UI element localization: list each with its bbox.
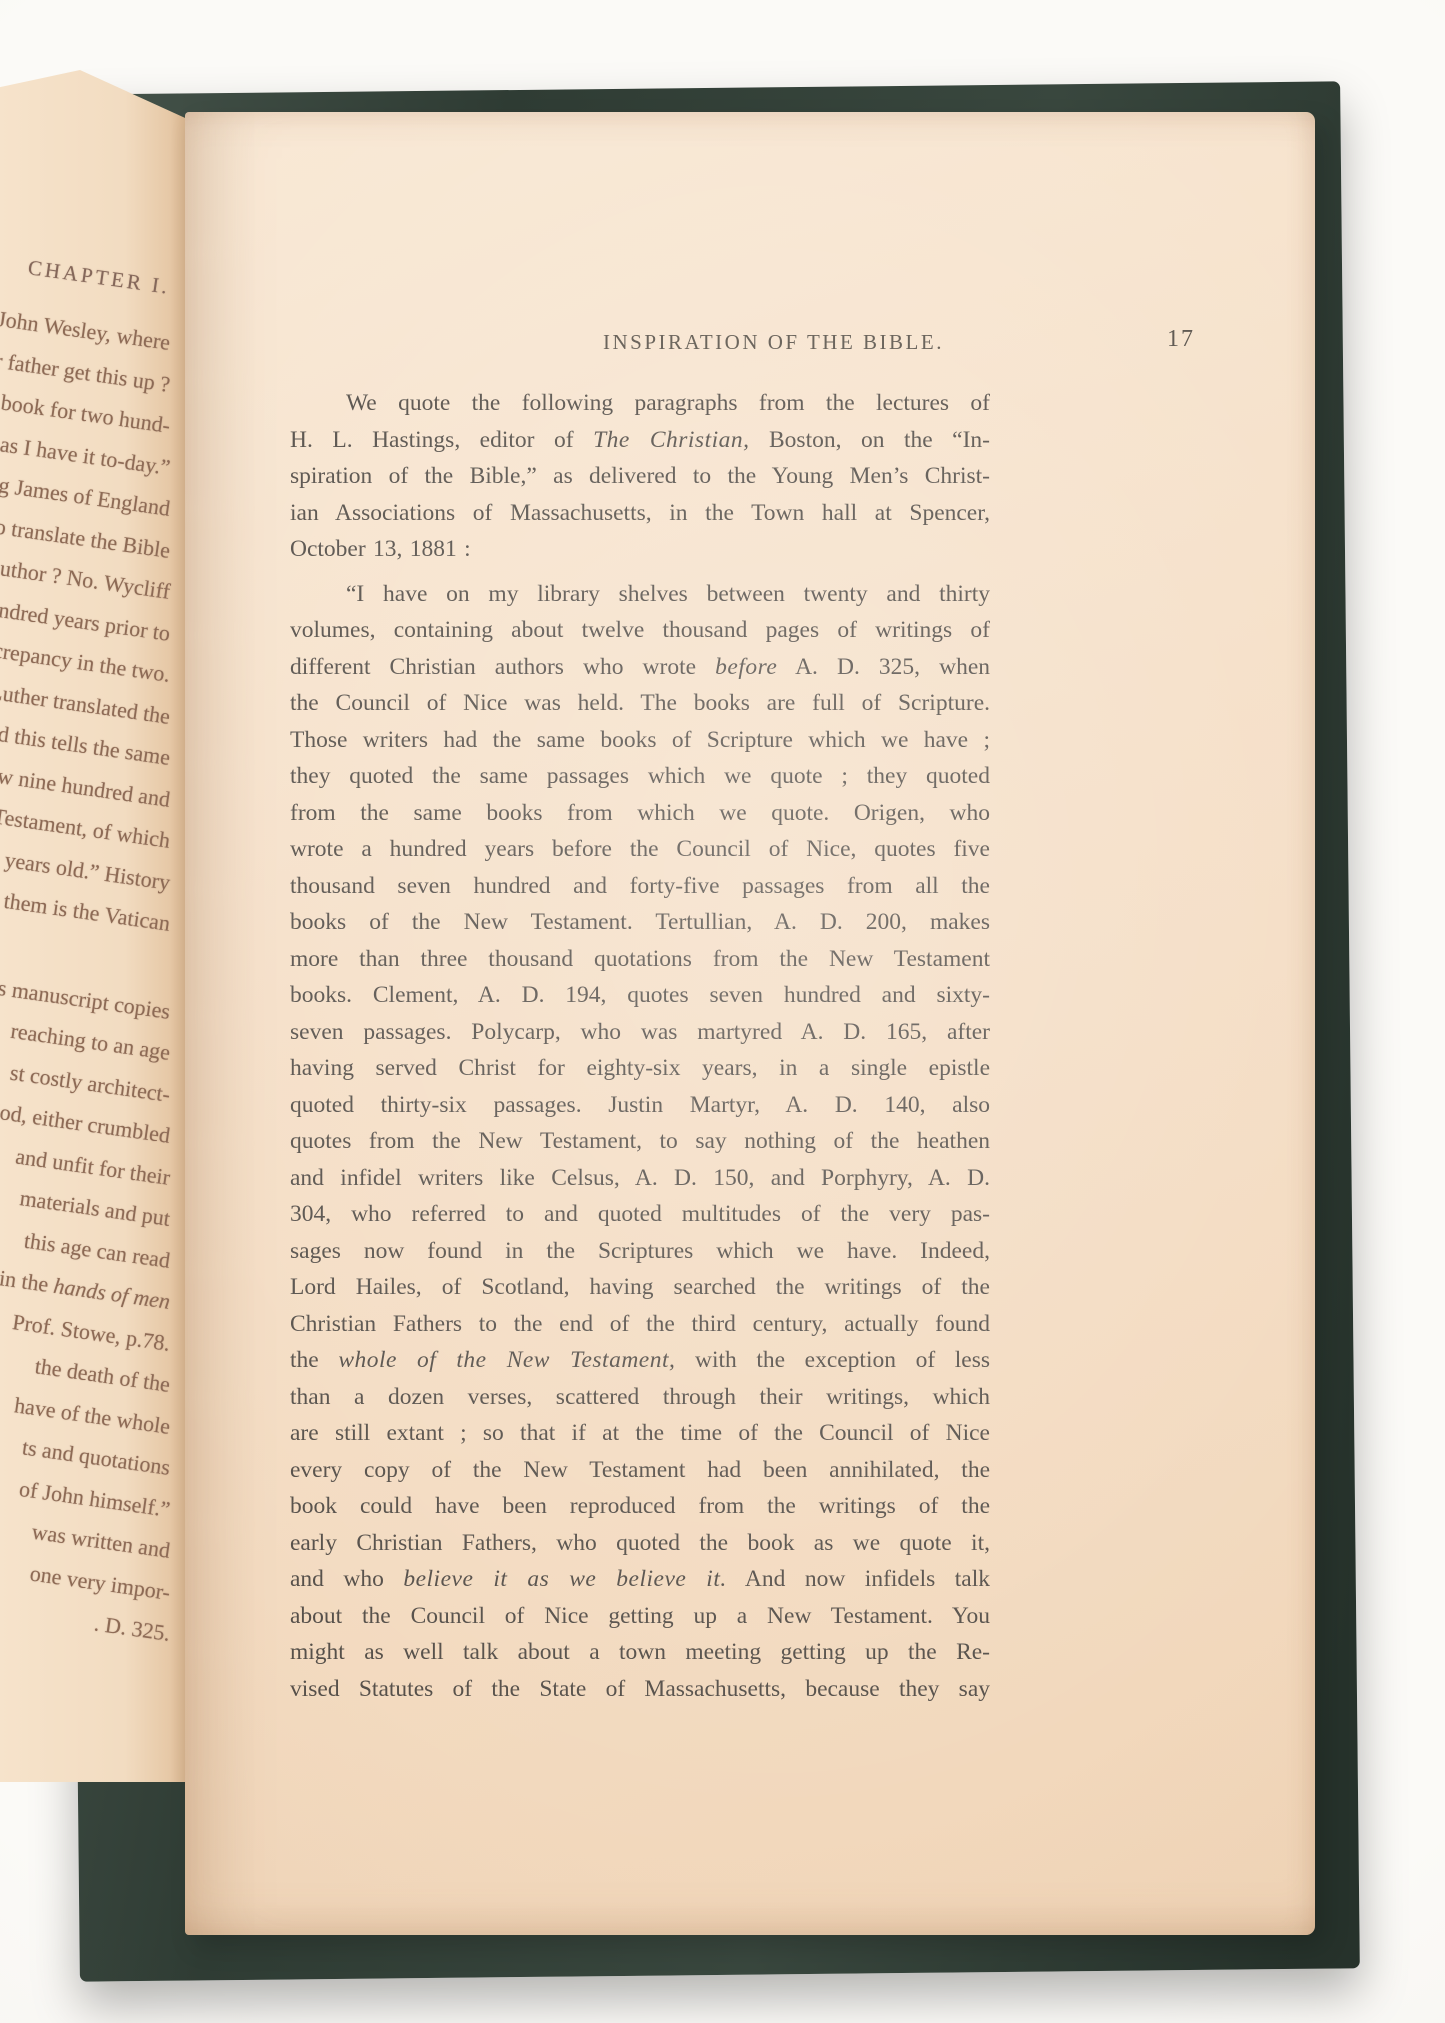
paragraph: “I have on my library shelves between tw…: [290, 576, 990, 1708]
text-line: the Council of Nice was held. The books …: [290, 685, 990, 722]
text-line: spiration of the Bible,” as delivered to…: [290, 458, 990, 495]
text-line: thousand seven hundred and forty-five pa…: [290, 868, 990, 905]
text-line: volumes, containing about twelve thousan…: [290, 612, 990, 649]
text-line: Those writers had the same books of Scri…: [290, 722, 990, 759]
text-line: early Christian Fathers, who quoted the …: [290, 1525, 990, 1562]
running-head: INSPIRATION OF THE BIBLE.: [603, 330, 944, 355]
paragraph: We quote the following paragraphs from t…: [290, 385, 990, 568]
left-page-fragments-lower: s manuscript copiesreaching to an agest …: [0, 991, 170, 1655]
text-line: from the same books from which we quote.…: [290, 795, 990, 832]
text-line: every copy of the New Testament had been…: [290, 1452, 990, 1489]
text-line: might as well talk about a town meeting …: [290, 1634, 990, 1671]
text-line: ian Associations of Massachusetts, in th…: [290, 495, 990, 532]
text-line: different Christian authors who wrote be…: [290, 649, 990, 686]
text-line: quoted thirty-six passages. Justin Marty…: [290, 1087, 990, 1124]
page-body-text: We quote the following paragraphs from t…: [290, 385, 990, 1715]
text-line: 304, who referred to and quoted multitud…: [290, 1196, 990, 1233]
page-number: 17: [1167, 326, 1195, 353]
right-page: INSPIRATION OF THE BIBLE. 17 We quote th…: [185, 112, 1315, 1935]
text-line: having served Christ for eighty-six year…: [290, 1050, 990, 1087]
text-line: books of the New Testament. Tertullian, …: [290, 904, 990, 941]
book-photo: CHAPTER I. s : John Wesley, whereur fath…: [0, 0, 1445, 2023]
text-line: We quote the following paragraphs from t…: [290, 385, 990, 422]
text-line: Lord Hailes, of Scotland, having searche…: [290, 1269, 990, 1306]
text-line: book could have been reproduced from the…: [290, 1488, 990, 1525]
chapter-heading: CHAPTER I.: [0, 233, 172, 300]
text-line: quotes from the New Testament, to say no…: [290, 1123, 990, 1160]
text-line: about the Council of Nice getting up a N…: [290, 1598, 990, 1635]
text-line: more than three thousand quotations from…: [290, 941, 990, 978]
text-line: they quoted the same passages which we q…: [290, 758, 990, 795]
text-line: the whole of the New Testament, with the…: [290, 1342, 990, 1379]
text-line: vised Statutes of the State of Massachus…: [290, 1671, 990, 1708]
text-line: than a dozen verses, scattered through t…: [290, 1379, 990, 1416]
left-page-fragments-upper: s : John Wesley, whereur father get this…: [0, 322, 170, 945]
text-line: October 13, 1881 :: [290, 531, 990, 568]
text-line: wrote a hundred years before the Council…: [290, 831, 990, 868]
text-line: are still extant ; so that if at the tim…: [290, 1415, 990, 1452]
text-line: sages now found in the Scriptures which …: [290, 1233, 990, 1270]
text-line: books. Clement, A. D. 194, quotes seven …: [290, 977, 990, 1014]
text-line: Christian Fathers to the end of the thir…: [290, 1306, 990, 1343]
text-line: and who believe it as we believe it. And…: [290, 1561, 990, 1598]
left-page: CHAPTER I. s : John Wesley, whereur fath…: [0, 70, 200, 1782]
text-line: “I have on my library shelves between tw…: [290, 576, 990, 613]
text-line: H. L. Hastings, editor of The Christian,…: [290, 422, 990, 459]
text-line: and infidel writers like Celsus, A. D. 1…: [290, 1160, 990, 1197]
text-line: seven passages. Polycarp, who was martyr…: [290, 1014, 990, 1051]
left-page-text: CHAPTER I. s : John Wesley, whereur fath…: [0, 275, 170, 1655]
